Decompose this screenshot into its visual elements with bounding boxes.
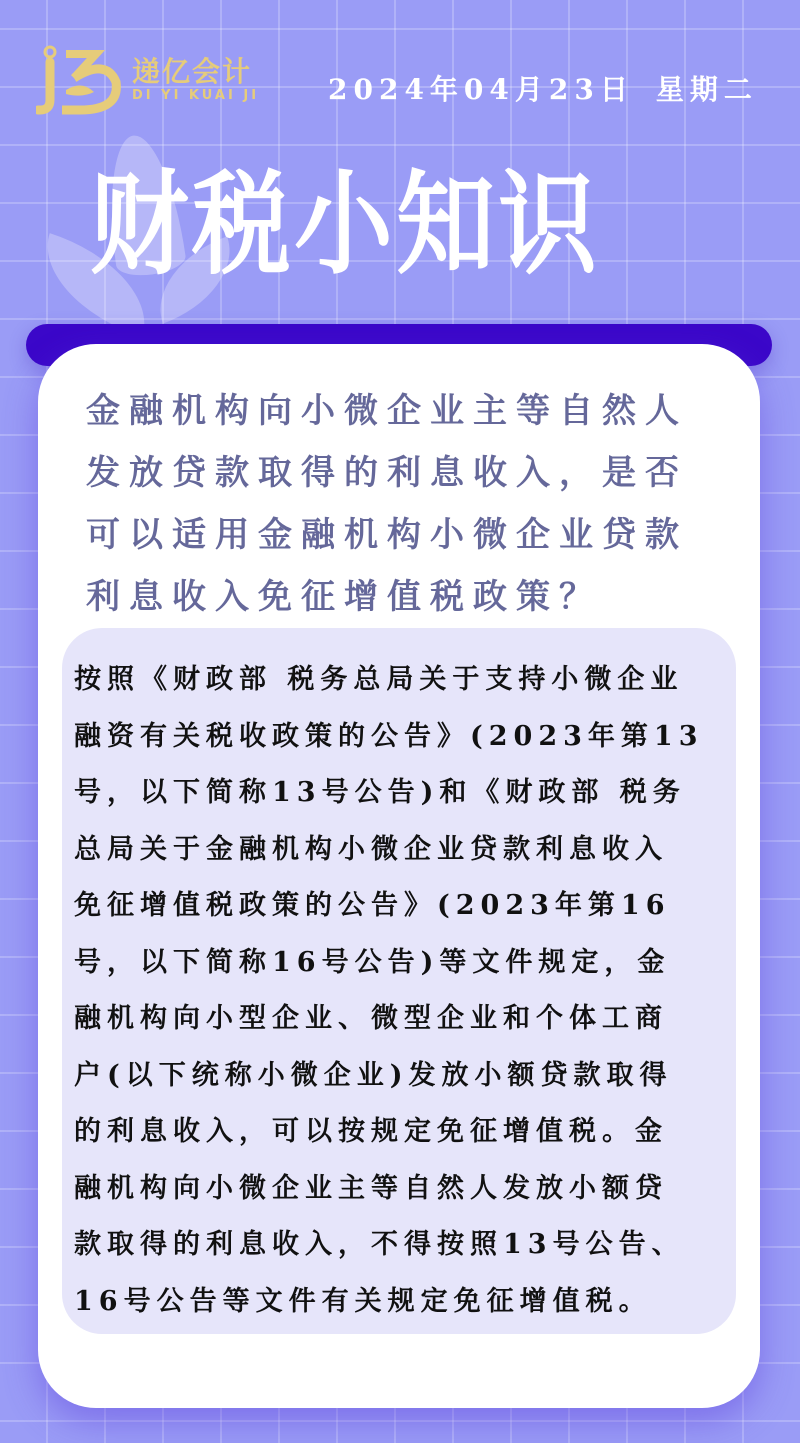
answer-text: 按照《财政部 税务总局关于支持小微企业 融资有关税收政策的公告》(2023年第1… xyxy=(74,652,734,1330)
answer-line: 免征增值税政策的公告》(2023年第16 xyxy=(74,878,734,935)
question-line: 发放贷款取得的利息收入，是否 xyxy=(86,442,726,504)
question-line: 金融机构向小微企业主等自然人 xyxy=(86,380,726,442)
weekday-text: 星期二 xyxy=(656,73,758,106)
answer-line: 融机构向小型企业、微型企业和个体工商 xyxy=(74,991,734,1048)
answer-line: 按照《财政部 税务总局关于支持小微企业 xyxy=(74,652,734,709)
answer-line: 融机构向小微企业主等自然人发放小额贷 xyxy=(74,1161,734,1218)
question-line: 可以适用金融机构小微企业贷款 xyxy=(86,504,726,566)
question-text: 金融机构向小微企业主等自然人 发放贷款取得的利息收入，是否 可以适用金融机构小微… xyxy=(86,380,726,628)
date-line: 2024年04月23日星期二 xyxy=(328,68,758,108)
brand-name: 递亿会计 DI YI KUAI JI xyxy=(132,56,259,104)
page-title: 财税小知识 xyxy=(90,165,600,285)
answer-line: 款取得的利息收入，不得按照13号公告、 xyxy=(74,1217,734,1274)
answer-line: 的利息收入，可以按规定免征增值税。金 xyxy=(74,1104,734,1161)
brand-name-cn: 递亿会计 xyxy=(132,56,259,88)
answer-line: 户(以下统称小微企业)发放小额贷款取得 xyxy=(74,1048,734,1105)
brand-name-en: DI YI KUAI JI xyxy=(132,88,259,104)
date-text: 2024年04月23日 xyxy=(328,73,634,106)
answer-line: 融资有关税收政策的公告》(2023年第13 xyxy=(74,709,734,766)
answer-line: 号，以下简称16号公告)等文件规定，金 xyxy=(74,935,734,992)
jd-monogram-icon xyxy=(36,44,122,116)
answer-line: 号，以下简称13号公告)和《财政部 税务 xyxy=(74,765,734,822)
answer-line: 16号公告等文件有关规定免征增值税。 xyxy=(74,1274,734,1331)
answer-line: 总局关于金融机构小微企业贷款利息收入 xyxy=(74,822,734,879)
brand-logo: 递亿会计 DI YI KUAI JI xyxy=(36,44,259,116)
question-line: 利息收入免征增值税政策？ xyxy=(86,566,726,628)
